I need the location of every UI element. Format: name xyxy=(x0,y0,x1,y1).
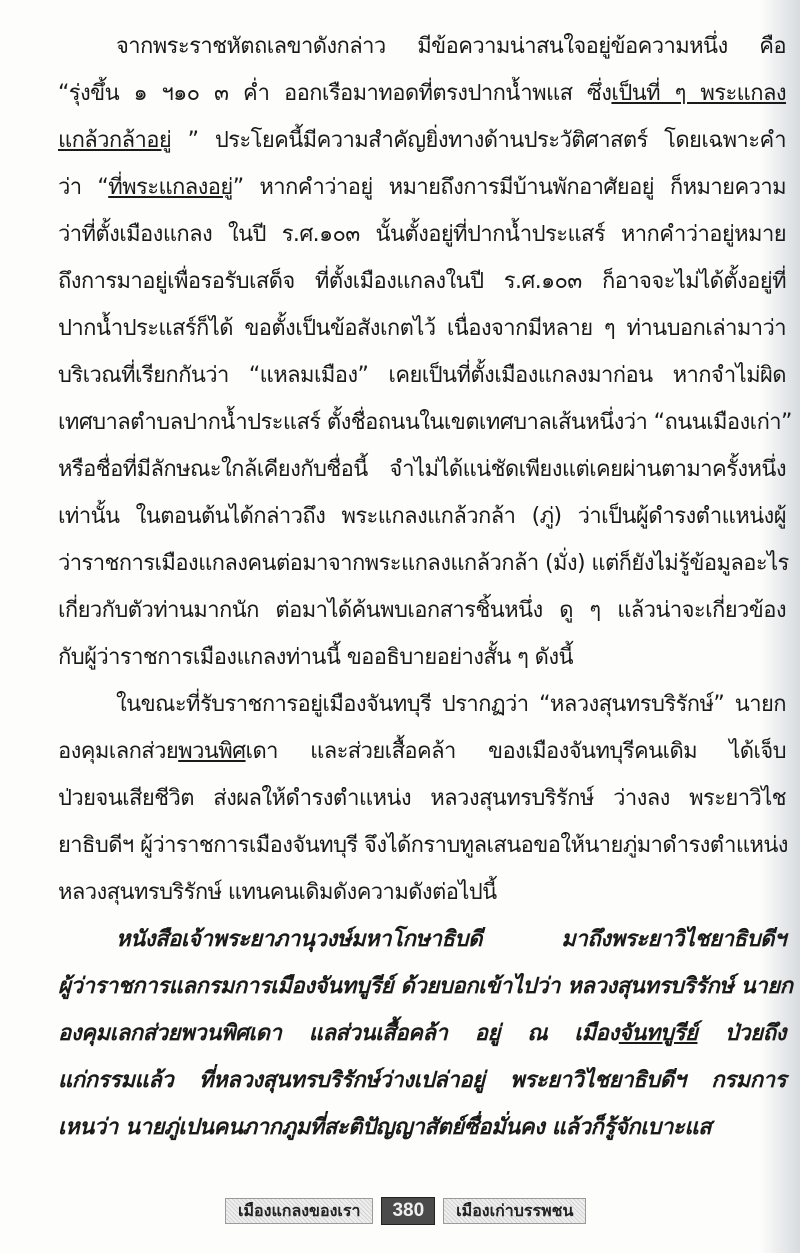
text-line: ป่วยจนเสียชีวิต ส่งผลให้ดำรงตำแหน่ง หลวง… xyxy=(58,784,786,814)
text-line: ในขณะที่รับราชการอยู่เมืองจันทบุรี ปรากฏ… xyxy=(58,690,786,720)
text-line: หลวงสุนทรบริรักษ์ แทนคนเดิมดังความดังต่อ… xyxy=(58,878,786,908)
text-segment: องคุมเลกส่วยพวนพิศเดา แลส่วนเสื้อคล้า อย… xyxy=(58,1021,619,1046)
text-segment: ป่วยถึง xyxy=(698,1021,786,1046)
text-line: “รุ่งขึ้น ๑ ฯ๑๐ ๓ ค่ำ ออกเรือมาทอดที่ตรง… xyxy=(58,79,786,109)
quote-line: ผู้ว่าราชการแลกรมการเมืองจันทบูรีย์ ด้วย… xyxy=(58,972,786,1002)
text-segment: เดา และส่วยเสื้อคล้า ของเมืองจันทบุรีคนเ… xyxy=(246,739,786,764)
text-line: หรือชื่อที่มีลักษณะใกล้เคียงกับชื่อนี้ จ… xyxy=(58,455,786,485)
underlined-text: พวนพิศ xyxy=(178,739,245,764)
page-number: 380 xyxy=(381,1197,435,1225)
text-line: กับผู้ว่าราชการเมืองแกลงท่านนี้ ขออธิบาย… xyxy=(58,643,786,673)
text-line: เท่านั้น ในตอนต้นได้กล่าวถึง พระแกลงแกล้… xyxy=(58,502,786,532)
underlined-text: แกล้วกล้าอยู่ xyxy=(58,128,171,153)
text-line: ปากน้ำประแสร์ก็ได้ ขอตั้งเป็นข้อสังเกตไว… xyxy=(58,314,786,344)
underlined-text: จันทบูรีย์ xyxy=(619,1021,698,1046)
text-segment: ” หากคำว่าอยู่ หมายถึงการมีบ้านพักอาศัยอ… xyxy=(233,175,786,200)
underlined-text: ที่พระแกลงอยู่ xyxy=(108,175,232,200)
text-segment: องคุมเลกส่วย xyxy=(58,739,178,764)
text-line: ว่าที่ตั้งเมืองแกลง ในปี ร.ศ.๑๐๓ นั้นตั้… xyxy=(58,220,786,250)
underlined-text: เป็นที่ ๆ พระแกลง xyxy=(611,81,786,106)
text-line: บริเวณที่เรียกกันว่า “แหลมเมือง” เคยเป็น… xyxy=(58,361,786,391)
text-line: ถึงการมาอยู่เพื่อรอรับเสด็จ ที่ตั้งเมือง… xyxy=(58,267,786,297)
text-segment: ” ประโยคนี้มีความสำคัญยิ่งทางด้านประวัติ… xyxy=(171,128,786,153)
text-line: ยาธิบดีฯ ผู้ว่าราชการเมืองจันทบุรี จึงได… xyxy=(58,831,786,861)
text-line: เทศบาลตำบลปากน้ำประแสร์ ตั้งชื่อถนนในเขต… xyxy=(58,408,786,438)
quote-line: หนังสือเจ้าพระยาภานุวงษ์มหาโกษาธิบดี มาถ… xyxy=(58,925,786,955)
text-line: จากพระราชหัตถเลขาดังกล่าว มีข้อความน่าสน… xyxy=(58,32,786,62)
text-line: ว่า “ที่พระแกลงอยู่” หากคำว่าอยู่ หมายถึ… xyxy=(58,173,786,203)
quote-line: เหนว่า นายภู่เปนคนภากภูมที่สะติปัญญาสัตย… xyxy=(58,1113,698,1143)
quote-line: องคุมเลกส่วยพวนพิศเดา แลส่วนเสื้อคล้า อย… xyxy=(58,1019,786,1049)
footer-chapter-title: เมืองเก่าบรรพชน xyxy=(443,1198,586,1224)
text-line: ว่าราชการเมืองแกลงคนต่อมาจากพระแกลงแกล้ว… xyxy=(58,549,786,579)
footer-book-title: เมืองแกลงของเรา xyxy=(225,1198,373,1224)
text-line: เกี่ยวกับตัวท่านมากนัก ต่อมาได้ค้นพบเอกส… xyxy=(58,596,786,626)
text-line: แกล้วกล้าอยู่ ” ประโยคนี้มีความสำคัญยิ่ง… xyxy=(58,126,786,156)
text-segment: ว่า “ xyxy=(58,175,108,200)
text-line: องคุมเลกส่วยพวนพิศเดา และส่วยเสื้อคล้า ข… xyxy=(58,737,786,767)
quote-line: แก่กรรมแล้ว ที่หลวงสุนทรบริรักษ์ว่างเปล่… xyxy=(58,1066,786,1096)
page-footer: เมืองแกลงของเรา 380 เมืองเก่าบรรพชน xyxy=(225,1198,586,1224)
text-segment: “รุ่งขึ้น ๑ ฯ๑๐ ๓ ค่ำ ออกเรือมาทอดที่ตรง… xyxy=(58,81,611,106)
